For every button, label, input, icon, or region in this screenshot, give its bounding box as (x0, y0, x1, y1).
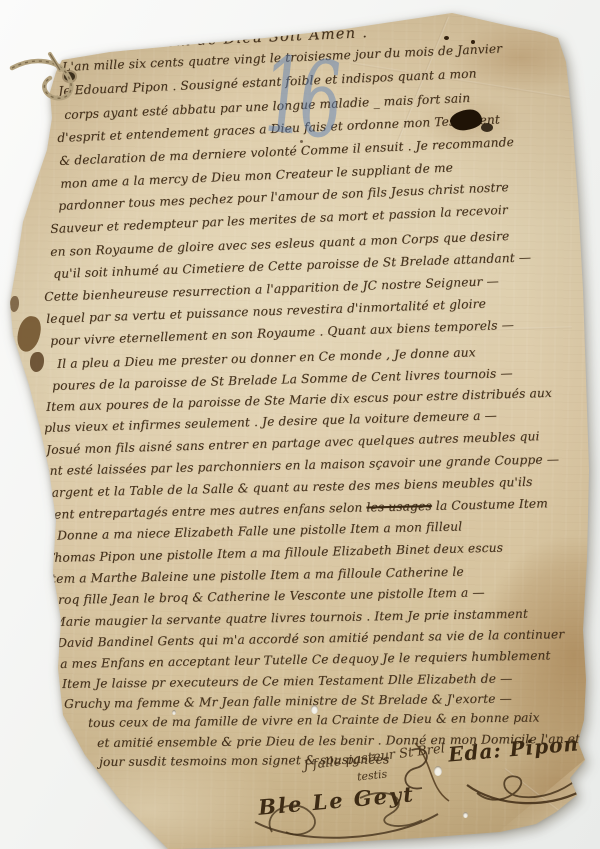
manuscript-line-text: la Coustume Item (432, 496, 548, 513)
manuscript-line: Il a pleu a Dieu me prester ou donner en… (57, 345, 476, 371)
witness-signature-flourish-icon (240, 780, 450, 845)
ink-blot (449, 108, 483, 132)
manuscript-line: Item Je laisse pr executeurs de Ce mien … (62, 671, 513, 691)
manuscript-line: & Donne a ma niece Elizabeth Falle une p… (42, 519, 462, 543)
speck (471, 40, 475, 44)
paper-hole (463, 812, 468, 818)
edge-damage (10, 296, 19, 312)
paper-hole (434, 766, 442, 776)
binding-string (2, 40, 112, 120)
edge-damage (30, 352, 44, 372)
manuscript-line: plus vieux et infirmes seulement . Je de… (44, 408, 497, 435)
manuscript-line: Gruchy ma femme & Mr Jean falle ministre… (64, 692, 512, 711)
manuscript-line-text: soient entrepartagés entre mes autres en… (36, 501, 367, 522)
paper-hole (311, 705, 318, 714)
manuscript-line: Item a Marthe Baleine une pistolle Item … (46, 565, 464, 586)
speck (444, 36, 449, 40)
paper-hole (172, 710, 176, 715)
speck (300, 140, 303, 143)
manuscript-line: Josué mon fils aisné sans entrer en part… (46, 429, 540, 457)
manuscript-line: d'argent et la Table de la Salle & quant… (40, 475, 533, 500)
archival-page-number-annotation: 16 (257, 42, 341, 154)
manuscript-line: David Bandinel Gents qui m'a accordé son… (57, 627, 564, 650)
manuscript-line: a mes Enfans en acceptant leur Tutelle C… (60, 648, 551, 671)
edge-damage (15, 314, 43, 353)
ink-blot (481, 123, 493, 132)
manuscript-line: ont esté laissées par les parchonniers e… (42, 452, 559, 478)
paper-shadow: Au nom de Dieu Soit Amen . L'an mille si… (0, 0, 600, 849)
ink-blot (532, 0, 563, 19)
manuscript-line: soient entrepartagés entre mes autres en… (36, 496, 548, 522)
manuscript-page: Au nom de Dieu Soit Amen . L'an mille si… (0, 0, 600, 849)
scanned-document-photo: Au nom de Dieu Soit Amen . L'an mille si… (0, 0, 600, 849)
manuscript-line: Marie maugier la servante quatre livres … (53, 607, 528, 629)
manuscript-line: broq fille Jean le broq & Catherine le V… (50, 585, 485, 607)
manuscript-line: Thomas Pipon une pistolle Item a ma fill… (46, 541, 503, 565)
struck-text: les usages (366, 499, 432, 514)
